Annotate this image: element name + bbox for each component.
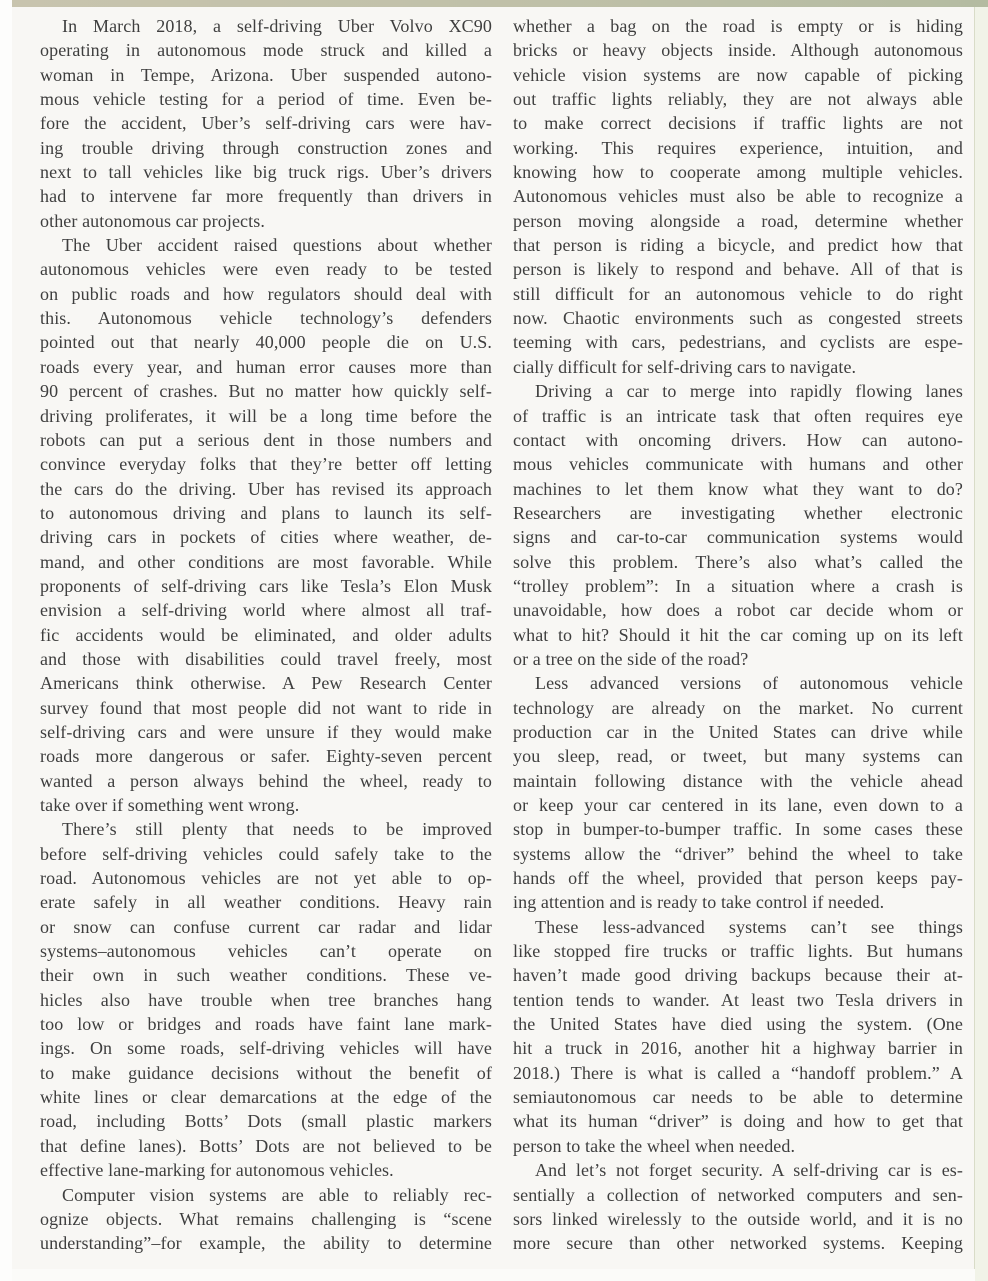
text-line: sentially a collection of networked comp… xyxy=(513,1183,963,1207)
text-line: Americans think otherwise. A Pew Researc… xyxy=(40,671,492,695)
text-line: driving cars in pockets of cities where … xyxy=(40,525,492,549)
text-line: vehicle vision systems are now capable o… xyxy=(513,63,963,87)
text-line: or keep your car centered in its lane, e… xyxy=(513,793,963,817)
text-line: teeming with cars, pedestrians, and cycl… xyxy=(513,330,963,354)
text-line: or a tree on the side of the road? xyxy=(513,647,963,671)
text-line: The Uber accident raised questions about… xyxy=(40,233,492,257)
text-line: person moving alongside a road, determin… xyxy=(513,209,963,233)
text-line: machines to let them know what they want… xyxy=(513,477,963,501)
text-line: woman in Tempe, Arizona. Uber suspended … xyxy=(40,63,492,87)
text-line: mand, and other conditions are most favo… xyxy=(40,550,492,574)
text-line: had to intervene far more frequently tha… xyxy=(40,184,492,208)
text-line: unavoidable, how does a robot car decide… xyxy=(513,598,963,622)
text-line: ing trouble driving through construction… xyxy=(40,136,492,160)
text-line: effective lane-marking for autonomous ve… xyxy=(40,1158,492,1182)
text-line: now. Chaotic environments such as conges… xyxy=(513,306,963,330)
text-line: Autonomous vehicles must also be able to… xyxy=(513,184,963,208)
text-line: working. This requires experience, intui… xyxy=(513,136,963,160)
text-line: out traffic lights reliably, they are no… xyxy=(513,87,963,111)
text-line: production car in the United States can … xyxy=(513,720,963,744)
text-line: the cars do the driving. Uber has revise… xyxy=(40,477,492,501)
text-line: technology are already on the market. No… xyxy=(513,696,963,720)
text-line: hicles also have trouble when tree branc… xyxy=(40,988,492,1012)
text-line: to autonomous driving and plans to launc… xyxy=(40,501,492,525)
text-line: Computer vision systems are able to reli… xyxy=(40,1183,492,1207)
text-line: like stopped fire trucks or traffic ligh… xyxy=(513,939,963,963)
text-line: 90 percent of crashes. But no matter how… xyxy=(40,379,492,403)
text-line: haven’t made good driving backups becaus… xyxy=(513,963,963,987)
text-line: road, including Botts’ Dots (small plast… xyxy=(40,1109,492,1133)
text-line: “trolley problem”: In a situation where … xyxy=(513,574,963,598)
text-line: In March 2018, a self-driving Uber Volvo… xyxy=(40,14,492,38)
text-line: before self-driving vehicles could safel… xyxy=(40,842,492,866)
text-column-left: In March 2018, a self-driving Uber Volvo… xyxy=(40,14,492,1256)
text-line: semiautonomous car needs to be able to d… xyxy=(513,1085,963,1109)
scan-edge-top xyxy=(12,0,988,7)
text-line: 2018.) There is what is called a “handof… xyxy=(513,1061,963,1085)
text-line: whether a bag on the road is empty or is… xyxy=(513,14,963,38)
text-line: sors linked wirelessly to the outside wo… xyxy=(513,1207,963,1231)
text-line: other autonomous car projects. xyxy=(40,209,492,233)
text-line: fore the accident, Uber’s self-driving c… xyxy=(40,111,492,135)
text-line: road. Autonomous vehicles are not yet ab… xyxy=(40,866,492,890)
text-line: Driving a car to merge into rapidly flow… xyxy=(513,379,963,403)
text-line: bricks or heavy objects inside. Although… xyxy=(513,38,963,62)
text-line: this. Autonomous vehicle technology’s de… xyxy=(40,306,492,330)
text-line: ognize objects. What remains challenging… xyxy=(40,1207,492,1231)
text-line: to make correct decisions if traffic lig… xyxy=(513,111,963,135)
text-line: cially difficult for self-driving cars t… xyxy=(513,355,963,379)
text-line: operating in autonomous mode struck and … xyxy=(40,38,492,62)
text-line: fic accidents would be eliminated, and o… xyxy=(40,623,492,647)
scan-edge-bottom xyxy=(12,1269,975,1281)
text-line: These less-advanced systems can’t see th… xyxy=(513,915,963,939)
text-line: robots can put a serious dent in those n… xyxy=(40,428,492,452)
text-line: solve this problem. There’s also what’s … xyxy=(513,550,963,574)
text-line: proponents of self-driving cars like Tes… xyxy=(40,574,492,598)
scanned-book-page: In March 2018, a self-driving Uber Volvo… xyxy=(0,0,988,1281)
text-line: convince everyday folks that they’re bet… xyxy=(40,452,492,476)
text-line: hit a truck in 2016, another hit a highw… xyxy=(513,1036,963,1060)
text-line: contact with oncoming drivers. How can a… xyxy=(513,428,963,452)
text-line: person is likely to respond and behave. … xyxy=(513,257,963,281)
text-line: systems allow the “driver” behind the wh… xyxy=(513,842,963,866)
text-line: person to take the wheel when needed. xyxy=(513,1134,963,1158)
text-line: and those with disabilities could travel… xyxy=(40,647,492,671)
text-line: understanding”–for example, the ability … xyxy=(40,1231,492,1255)
text-line: that person is riding a bicycle, and pre… xyxy=(513,233,963,257)
text-line: erate safely in all weather conditions. … xyxy=(40,890,492,914)
scan-edge-left xyxy=(0,0,12,1281)
text-line: roads every year, and human error causes… xyxy=(40,355,492,379)
text-line: the United States have died using the sy… xyxy=(513,1012,963,1036)
text-line: more secure than other networked systems… xyxy=(513,1231,963,1255)
text-column-right: whether a bag on the road is empty or is… xyxy=(513,14,963,1256)
text-line: ings. On some roads, self-driving vehicl… xyxy=(40,1036,492,1060)
text-line: too low or bridges and roads have faint … xyxy=(40,1012,492,1036)
text-line: their own in such weather conditions. Th… xyxy=(40,963,492,987)
text-line: systems–autonomous vehicles can’t operat… xyxy=(40,939,492,963)
text-line: ing attention and is ready to take contr… xyxy=(513,890,963,914)
text-line: mous vehicles communicate with humans an… xyxy=(513,452,963,476)
text-line: hands off the wheel, provided that perso… xyxy=(513,866,963,890)
text-line: knowing how to cooperate among multiple … xyxy=(513,160,963,184)
text-line: driving proliferates, it will be a long … xyxy=(40,404,492,428)
text-line: what its human “driver” is doing and how… xyxy=(513,1109,963,1133)
text-line: autonomous vehicles were even ready to b… xyxy=(40,257,492,281)
text-line: tention tends to wander. At least two Te… xyxy=(513,988,963,1012)
text-line: or snow can confuse current car radar an… xyxy=(40,915,492,939)
text-line: what to hit? Should it hit the car comin… xyxy=(513,623,963,647)
text-line: to make guidance decisions without the b… xyxy=(40,1061,492,1085)
text-line: There’s still plenty that needs to be im… xyxy=(40,817,492,841)
text-line: wanted a person always behind the wheel,… xyxy=(40,769,492,793)
text-line: you sleep, read, or tweet, but many syst… xyxy=(513,744,963,768)
text-line: still difficult for an autonomous vehicl… xyxy=(513,282,963,306)
text-line: of traffic is an intricate task that oft… xyxy=(513,404,963,428)
text-line: survey found that most people did not wa… xyxy=(40,696,492,720)
text-line: white lines or clear demarcations at the… xyxy=(40,1085,492,1109)
text-line: roads more dangerous or safer. Eighty-se… xyxy=(40,744,492,768)
text-line: on public roads and how regulators shoul… xyxy=(40,282,492,306)
text-line: self-driving cars and were unsure if the… xyxy=(40,720,492,744)
text-line: stop in bumper-to-bumper traffic. In som… xyxy=(513,817,963,841)
text-line: that define lanes). Botts’ Dots are not … xyxy=(40,1134,492,1158)
text-line: Researchers are investigating whether el… xyxy=(513,501,963,525)
text-line: And let’s not forget security. A self-dr… xyxy=(513,1158,963,1182)
text-line: envision a self-driving world where almo… xyxy=(40,598,492,622)
text-line: signs and car-to-car communication syste… xyxy=(513,525,963,549)
text-line: take over if something went wrong. xyxy=(40,793,492,817)
text-line: maintain following distance with the veh… xyxy=(513,769,963,793)
text-line: next to tall vehicles like big truck rig… xyxy=(40,160,492,184)
text-line: mous vehicle testing for a period of tim… xyxy=(40,87,492,111)
text-line: Less advanced versions of autonomous veh… xyxy=(513,671,963,695)
text-line: pointed out that nearly 40,000 people di… xyxy=(40,330,492,354)
scan-edge-right xyxy=(974,7,988,1281)
